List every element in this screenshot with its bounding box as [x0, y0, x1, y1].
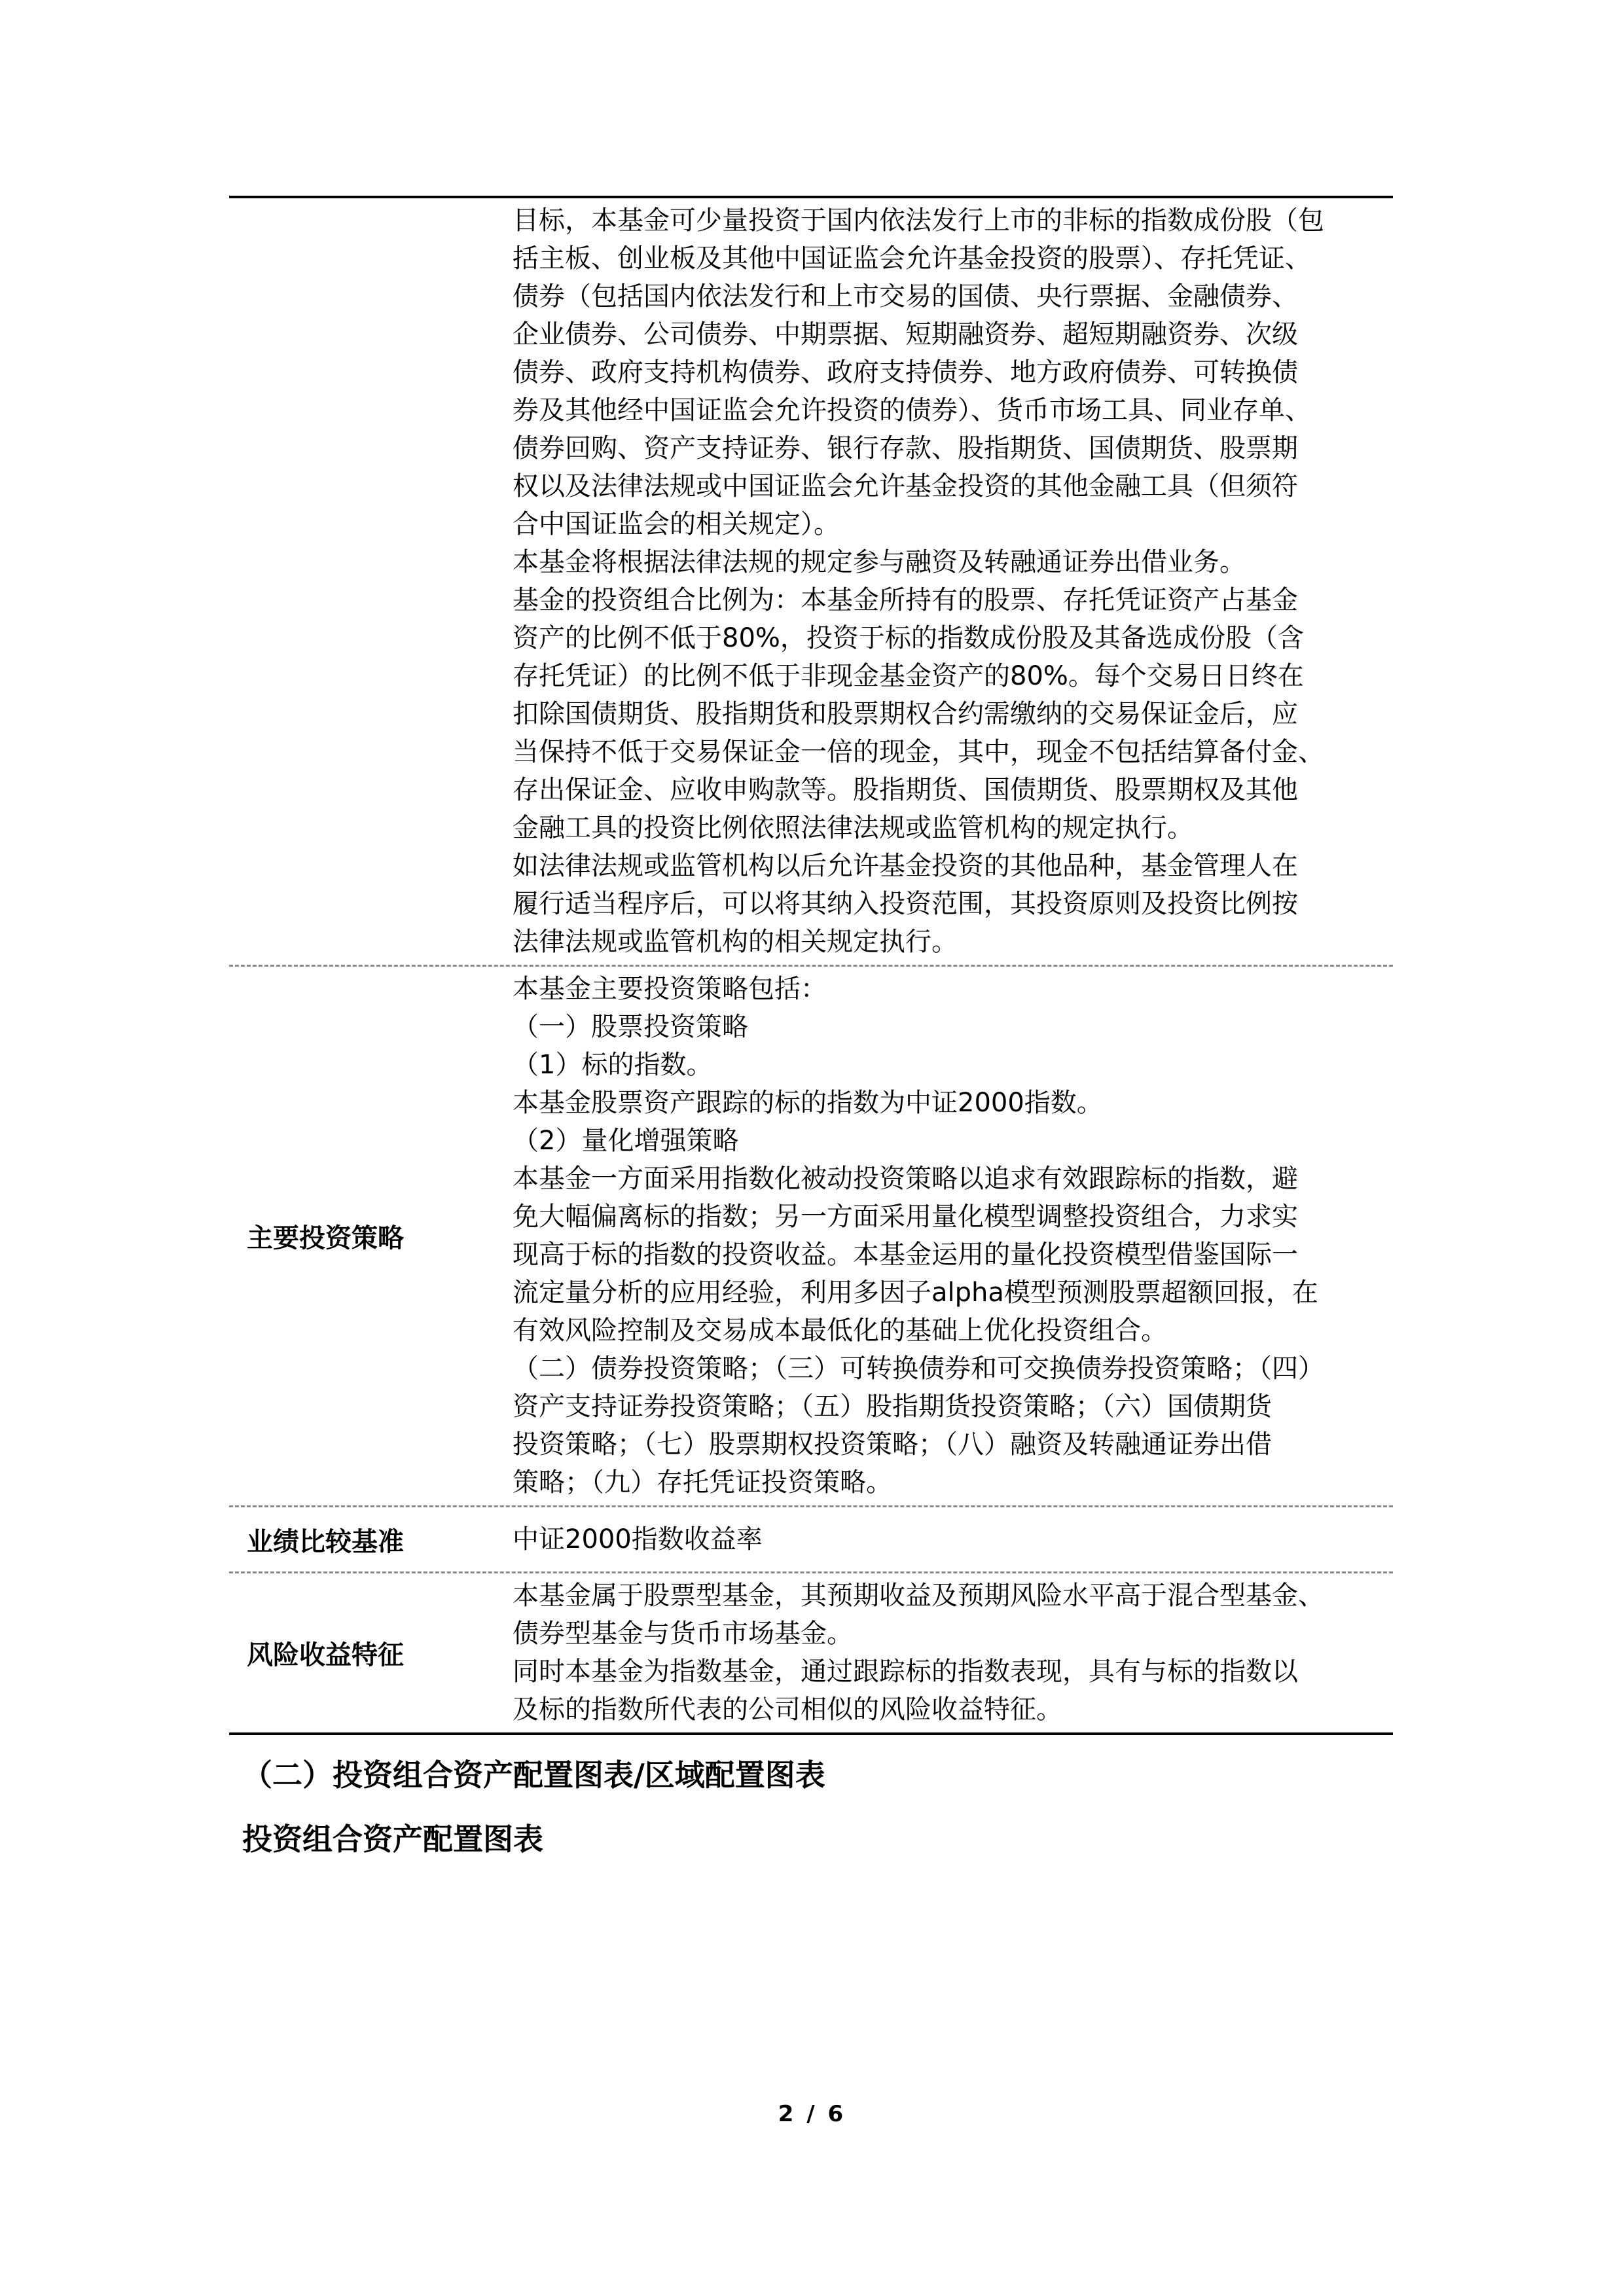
row-label-risk-return: 风险收益特征 [229, 1573, 513, 1732]
text-line: 权以及法律法规或中国证监会允许基金投资的其他金融工具（但须符 [513, 467, 1379, 505]
text-line: 有效风险控制及交易成本最低化的基础上优化投资组合。 [513, 1312, 1379, 1350]
row-content-risk-return: 本基金属于股票型基金，其预期收益及预期风险水平高于混合型基金、 债券型基金与货币… [513, 1573, 1393, 1732]
text-line: 本基金一方面采用指数化被动投资策略以追求有效跟踪标的指数，避 [513, 1160, 1379, 1198]
text-line: 法律法规或监管机构的相关规定执行。 [513, 923, 1379, 961]
table-row-investment-scope: 目标，本基金可少量投资于国内依法发行上市的非标的指数成份股（包 括主板、创业板及… [229, 198, 1393, 965]
table-row-investment-strategy: 主要投资策略 本基金主要投资策略包括： （一）股票投资策略 （1）标的指数。 本… [229, 965, 1393, 1505]
text-line: 如法律法规或监管机构以后允许基金投资的其他品种，基金管理人在 [513, 847, 1379, 885]
text-line: （一）股票投资策略 [513, 1008, 1379, 1046]
row-content-investment-scope: 目标，本基金可少量投资于国内依法发行上市的非标的指数成份股（包 括主板、创业板及… [513, 198, 1393, 965]
table-row-benchmark: 业绩比较基准 中证2000指数收益率 [229, 1505, 1393, 1571]
row-label [229, 198, 513, 965]
row-content-investment-strategy: 本基金主要投资策略包括： （一）股票投资策略 （1）标的指数。 本基金股票资产跟… [513, 967, 1393, 1505]
text-line: 免大幅偏离标的指数；另一方面采用量化模型调整投资组合，力求实 [513, 1198, 1379, 1236]
text-line: 当保持不低于交易保证金一倍的现金，其中，现金不包括结算备付金、 [513, 733, 1379, 771]
text-line: 现高于标的指数的投资收益。本基金运用的量化投资模型借鉴国际一 [513, 1236, 1379, 1274]
text-line: 及标的指数所代表的公司相似的风险收益特征。 [513, 1691, 1379, 1729]
sub-heading: 投资组合资产配置图表 [242, 1820, 543, 1859]
text-line: 存出保证金、应收申购款等。股指期货、国债期货、股票期权及其他 [513, 771, 1379, 809]
text-line: 流定量分析的应用经验，利用多因子alpha模型预测股票超额回报，在 [513, 1274, 1379, 1312]
text-line: （2）量化增强策略 [513, 1122, 1379, 1160]
text-line: 本基金股票资产跟踪的标的指数为中证2000指数。 [513, 1084, 1379, 1122]
text-line: 履行适当程序后，可以将其纳入投资范围，其投资原则及投资比例按 [513, 885, 1379, 923]
fund-info-table: 目标，本基金可少量投资于国内依法发行上市的非标的指数成份股（包 括主板、创业板及… [229, 196, 1393, 1735]
text-line: 存托凭证）的比例不低于非现金基金资产的80%。每个交易日日终在 [513, 657, 1379, 695]
text-line: 债券（包括国内依法发行和上市交易的国债、央行票据、金融债券、 [513, 278, 1379, 315]
text-line: 策略；（九）存托凭证投资策略。 [513, 1463, 1379, 1501]
text-line: 本基金主要投资策略包括： [513, 970, 1379, 1008]
text-line: 债券、政府支持机构债券、政府支持债券、地方政府债券、可转换债 [513, 353, 1379, 391]
text-line: 券及其他经中国证监会允许投资的债券）、货币市场工具、同业存单、 [513, 391, 1379, 429]
text-line: 中证2000指数收益率 [513, 1520, 1379, 1558]
row-content-benchmark: 中证2000指数收益率 [513, 1507, 1393, 1571]
text-line: （二）债券投资策略；（三）可转换债券和可交换债券投资策略；（四） [513, 1350, 1379, 1388]
text-line: 括主板、创业板及其他中国证监会允许基金投资的股票）、存托凭证、 [513, 240, 1379, 278]
section-heading: （二）投资组合资产配置图表/区域配置图表 [242, 1755, 825, 1795]
text-line: 扣除国债期货、股指期货和股票期权合约需缴纳的交易保证金后，应 [513, 695, 1379, 733]
text-line: 合中国证监会的相关规定）。 [513, 505, 1379, 543]
text-line: 投资策略；（七）股票期权投资策略；（八）融资及转融通证券出借 [513, 1426, 1379, 1463]
text-line: 资产的比例不低于80%，投资于标的指数成份股及其备选成份股（含 [513, 619, 1379, 657]
text-line: 债券型基金与货币市场基金。 [513, 1615, 1379, 1653]
row-label-benchmark: 业绩比较基准 [229, 1507, 513, 1571]
text-line: 目标，本基金可少量投资于国内依法发行上市的非标的指数成份股（包 [513, 202, 1379, 240]
row-label-investment-strategy: 主要投资策略 [229, 967, 513, 1505]
text-line: 债券回购、资产支持证券、银行存款、股指期货、国债期货、股票期 [513, 429, 1379, 467]
table-row-risk-return: 风险收益特征 本基金属于股票型基金，其预期收益及预期风险水平高于混合型基金、 债… [229, 1571, 1393, 1735]
text-line: 资产支持证券投资策略；（五）股指期货投资策略；（六）国债期货 [513, 1388, 1379, 1426]
text-line: 基金的投资组合比例为：本基金所持有的股票、存托凭证资产占基金 [513, 581, 1379, 619]
text-line: 本基金将根据法律法规的规定参与融资及转融通证券出借业务。 [513, 543, 1379, 581]
text-line: （1）标的指数。 [513, 1046, 1379, 1084]
page-number: 2 / 6 [0, 2101, 1624, 2127]
text-line: 本基金属于股票型基金，其预期收益及预期风险水平高于混合型基金、 [513, 1577, 1379, 1615]
text-line: 同时本基金为指数基金，通过跟踪标的指数表现，具有与标的指数以 [513, 1653, 1379, 1691]
text-line: 金融工具的投资比例依照法律法规或监管机构的规定执行。 [513, 809, 1379, 847]
text-line: 企业债券、公司债券、中期票据、短期融资券、超短期融资券、次级 [513, 315, 1379, 353]
